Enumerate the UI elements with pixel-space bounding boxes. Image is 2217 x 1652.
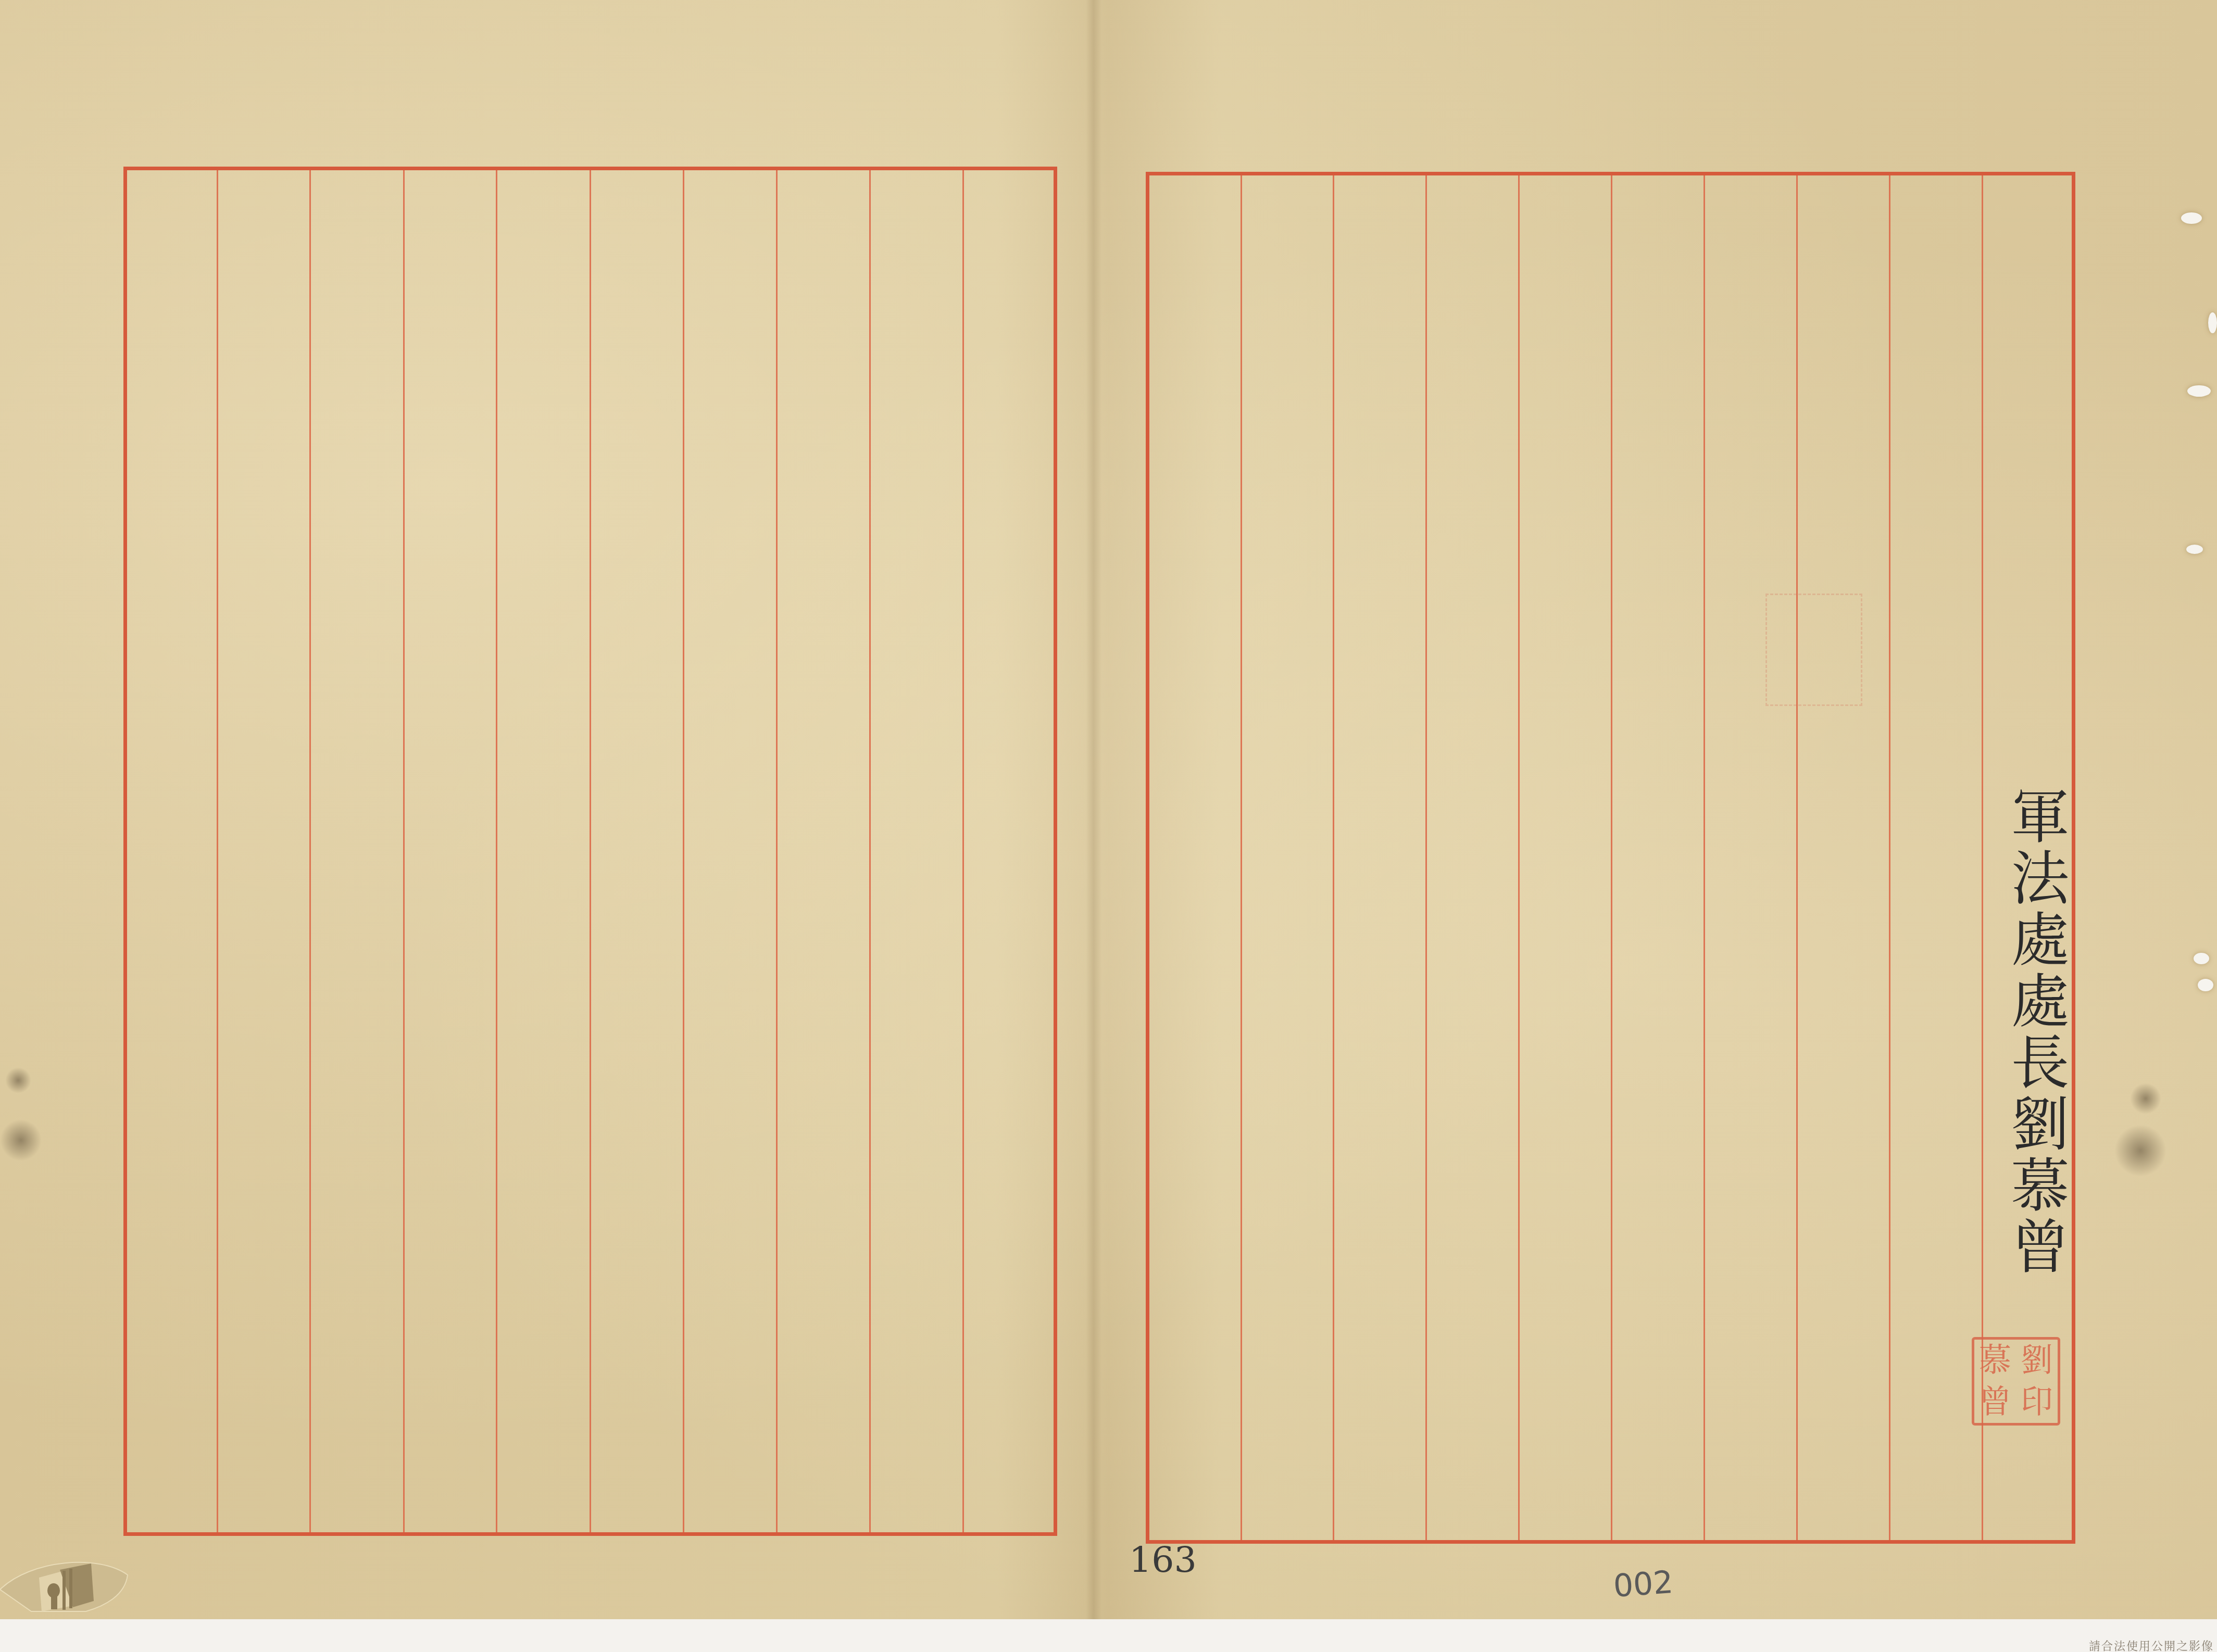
ink-stain bbox=[2130, 1083, 2161, 1114]
column-rule bbox=[1889, 175, 1890, 1540]
column-rule bbox=[776, 170, 778, 1532]
column-rule bbox=[1333, 175, 1334, 1540]
faded-seal-impression bbox=[1765, 594, 1862, 706]
punch-hole bbox=[2186, 545, 2203, 554]
ink-stain bbox=[5, 1067, 31, 1093]
folio-number: 163 bbox=[1129, 1540, 1197, 1581]
column-rule bbox=[1982, 175, 1983, 1540]
right-page-ruled-frame bbox=[1146, 172, 2075, 1544]
center-fold bbox=[1086, 0, 1101, 1619]
seal-char: 劉 bbox=[2016, 1340, 2058, 1381]
column-rule bbox=[403, 170, 405, 1532]
ink-stain bbox=[0, 1119, 42, 1161]
punch-hole bbox=[2208, 312, 2217, 333]
column-rule bbox=[1704, 175, 1705, 1540]
usage-watermark: 請合法使用公開之影像 bbox=[2089, 1637, 2214, 1652]
column-rule bbox=[683, 170, 684, 1532]
archive-number: 002 bbox=[1612, 1564, 1674, 1605]
ink-stain bbox=[2114, 1125, 2166, 1177]
column-rule bbox=[1425, 175, 1427, 1540]
column-rule bbox=[309, 170, 311, 1532]
column-rule bbox=[1241, 175, 1242, 1540]
column-rule bbox=[1611, 175, 1612, 1540]
scan-bottom-margin bbox=[0, 1619, 2217, 1652]
column-rule bbox=[590, 170, 591, 1532]
red-seal-stamp: 慕 劉 曾 印 bbox=[1972, 1337, 2060, 1426]
punch-hole bbox=[2198, 979, 2213, 991]
column-rule bbox=[1796, 175, 1798, 1540]
column-rule bbox=[962, 170, 964, 1532]
seal-char: 印 bbox=[2016, 1381, 2058, 1423]
column-rule bbox=[869, 170, 871, 1532]
punch-hole bbox=[2181, 212, 2202, 224]
column-rule bbox=[496, 170, 497, 1532]
punch-hole bbox=[2187, 385, 2211, 397]
archive-book-keyhole-logo-icon bbox=[0, 1549, 130, 1622]
seal-char: 曾 bbox=[1974, 1381, 2016, 1423]
left-page-ruled-frame bbox=[123, 167, 1057, 1536]
column-rule bbox=[217, 170, 218, 1532]
signature-text: 軍法處處長劉慕曾 bbox=[2004, 786, 2066, 1278]
seal-char: 慕 bbox=[1974, 1340, 2016, 1381]
punch-hole bbox=[2194, 953, 2209, 964]
column-rule bbox=[1518, 175, 1520, 1540]
